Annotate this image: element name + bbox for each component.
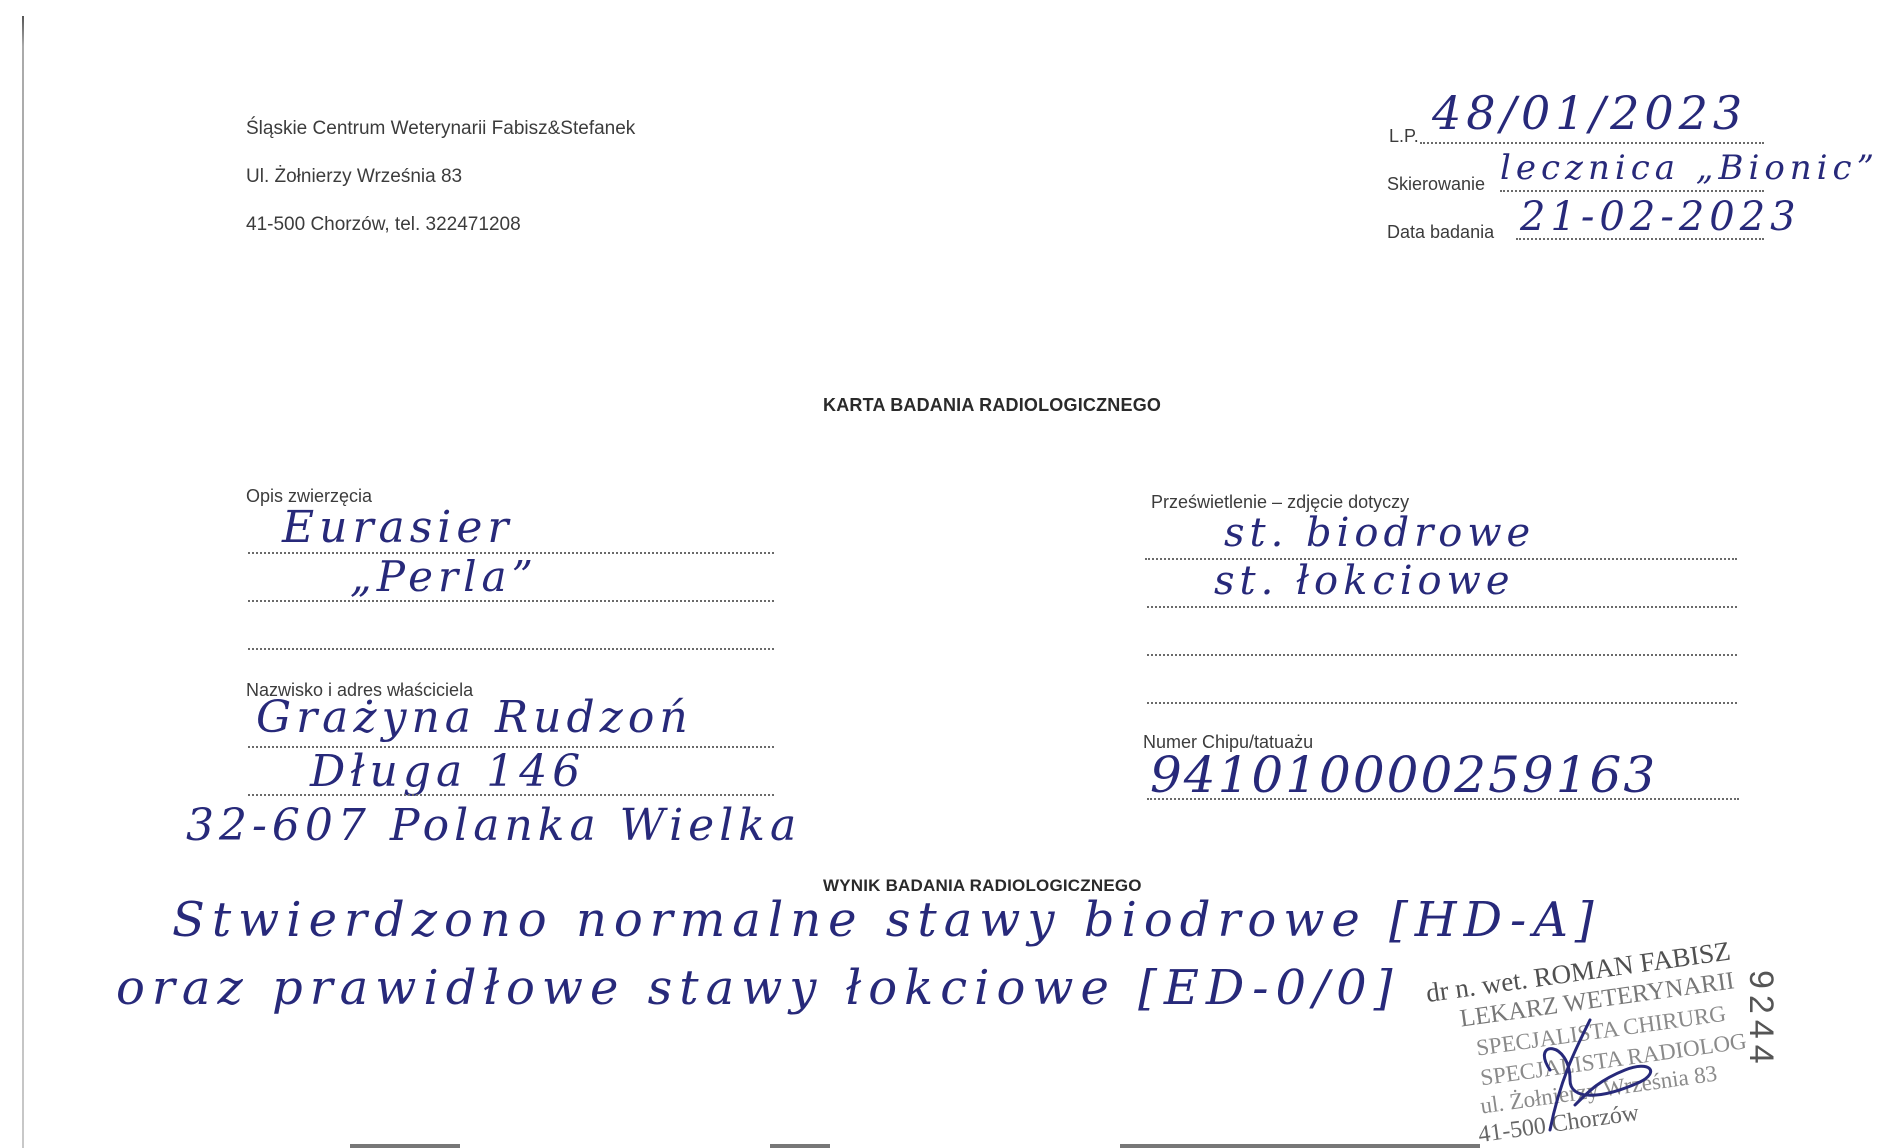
animal-line-2: „Perla” <box>350 552 538 601</box>
chip-value: 941010000259163 <box>1150 746 1657 804</box>
xray-line-1: st. biodrowe <box>1224 510 1535 556</box>
scan-edge <box>22 16 24 1148</box>
referral-value: lecznica „Bionic” <box>1500 148 1877 188</box>
result-line-1: Stwierdzono normalne stawy biodrowe [HD-… <box>172 892 1601 948</box>
stamp-number: 9244 <box>1741 970 1780 1070</box>
chip-dotted-line <box>1147 798 1739 800</box>
clinic-city-phone: 41-500 Chorzów, tel. 322471208 <box>246 214 521 236</box>
lp-label: L.P. <box>1389 126 1419 147</box>
signature-icon <box>1530 1010 1680 1140</box>
exam-date-value: 21-02-2023 <box>1520 194 1801 240</box>
referral-label: Skierowanie <box>1387 174 1485 195</box>
xray-line-2: st. łokciowe <box>1214 558 1515 604</box>
owner-name: Grażyna Rudzoń <box>256 692 693 743</box>
animal-line-1: Eurasier <box>282 502 513 553</box>
form-title: KARTA BADANIA RADIOLOGICZNEGO <box>823 395 1161 416</box>
owner-dotted-line-2 <box>248 794 774 796</box>
animal-dotted-line-3 <box>248 648 774 650</box>
lp-line <box>1420 142 1764 144</box>
scan-mark <box>1120 1144 1480 1148</box>
owner-street: Długa 146 <box>310 746 585 797</box>
clinic-name: Śląskie Centrum Weterynarii Fabisz&Stefa… <box>246 118 635 140</box>
lp-value: 48/01/2023 <box>1432 86 1747 140</box>
scan-mark <box>770 1144 830 1148</box>
clinic-street: Ul. Żołnierzy Września 83 <box>246 166 462 188</box>
xray-dotted-line-3 <box>1147 654 1737 656</box>
referral-line <box>1500 190 1764 192</box>
scan-mark <box>350 1144 460 1148</box>
xray-dotted-line-4 <box>1147 702 1737 704</box>
owner-city: 32-607 Polanka Wielka <box>186 800 801 851</box>
animal-dotted-line-2 <box>248 600 774 602</box>
result-line-2: oraz prawidłowe stawy łokciowe [ED-0/0] <box>116 960 1399 1016</box>
exam-date-label: Data badania <box>1387 222 1494 243</box>
xray-dotted-line-2 <box>1147 606 1737 608</box>
